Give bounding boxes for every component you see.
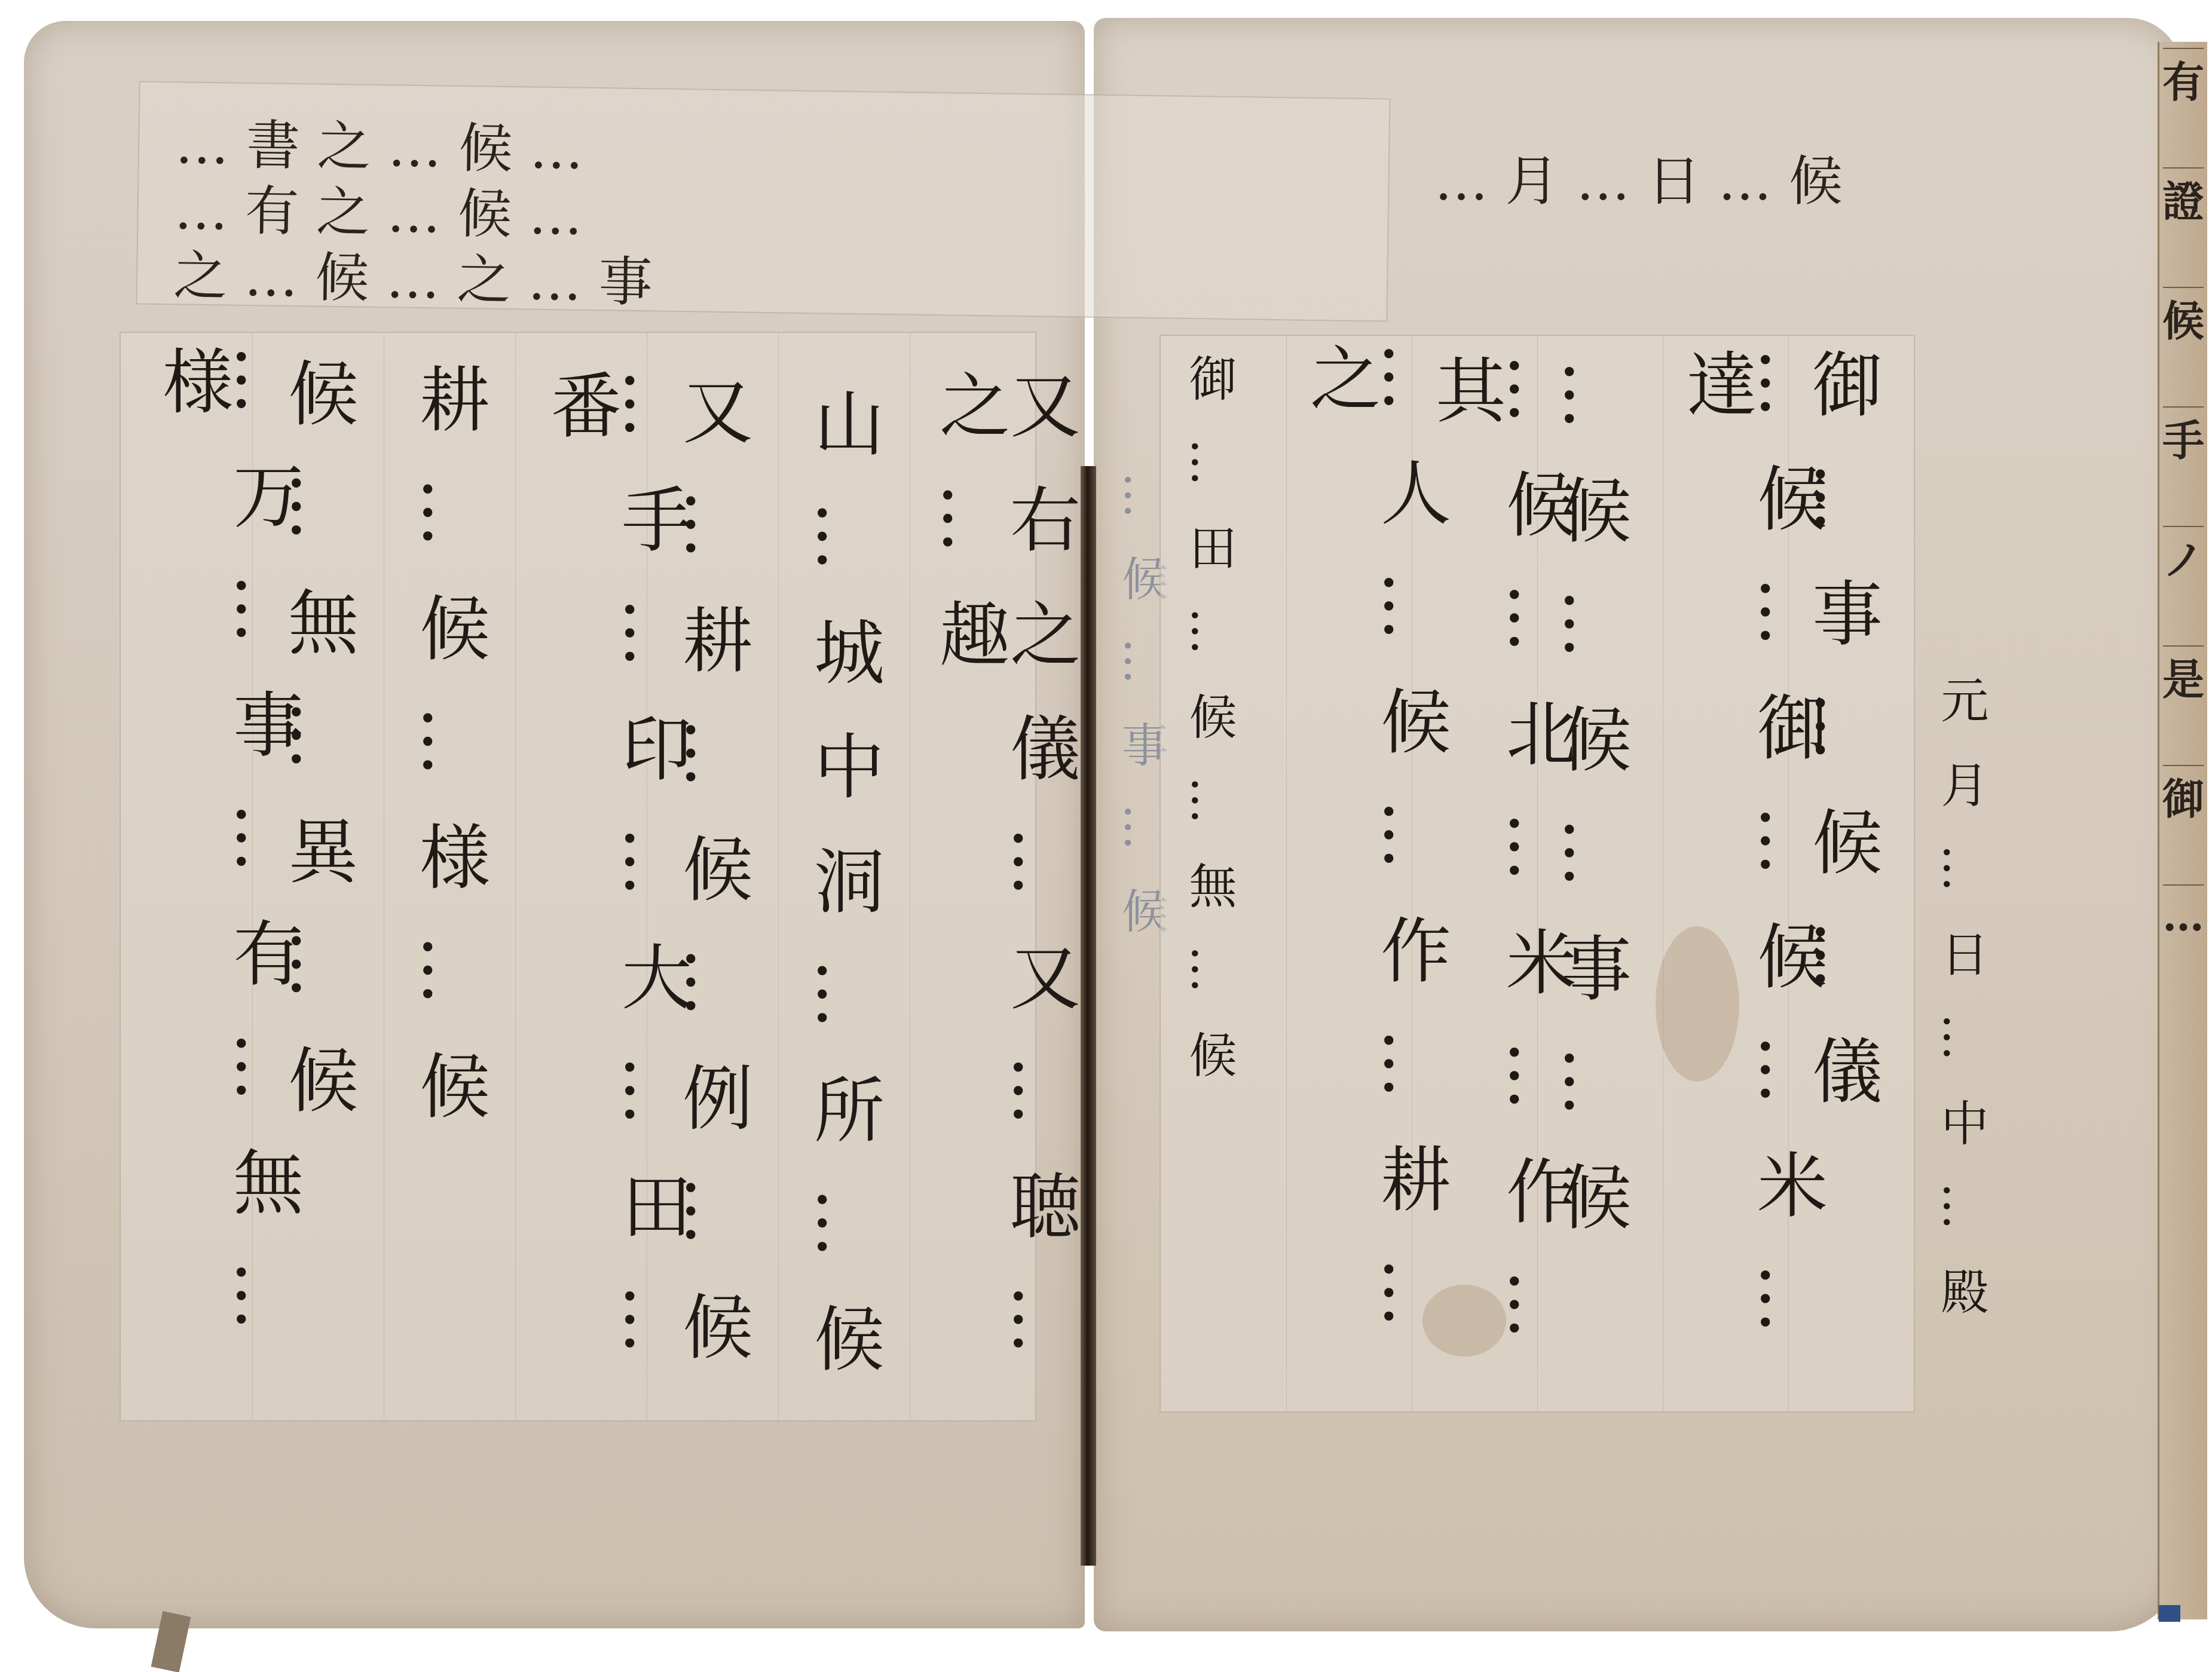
manuscript-spread: 有 證 候 手 ノ 是 御 … … 書 之 … 候 … … 有 之 … 候 … … — [0, 0, 2212, 1672]
paper-tear — [1422, 1285, 1506, 1356]
spine-label: 是 — [2163, 645, 2204, 706]
spine-label: 有 — [2163, 48, 2204, 109]
spine-label: 御 — [2163, 765, 2204, 826]
left-main-sheet: 又 右 之 儀 … 又 … 聴 … 之 … 趣 山 … 城 中 洞 … 所 … … — [120, 332, 1036, 1422]
text-column: … 候 … 御 … 候 … 米 … 達 — [1681, 348, 1822, 1411]
water-stain — [1656, 926, 1739, 1082]
text-column: 耕 … 候 … 様 … 候 — [414, 363, 484, 1131]
right-main-sheet: 御 … 事 … 候 … 儀 … 候 … 御 … 候 … 米 … 達 … 候 … … — [1159, 335, 1915, 1413]
cover-corner-blue — [2159, 1605, 2180, 1622]
spine-label-strip: 有 證 候 手 ノ 是 御 … — [2158, 42, 2207, 1619]
spine-label: ノ — [2163, 526, 2204, 587]
text-column: … 人 … 候 … 作 … 耕 … 之 — [1304, 342, 1445, 1411]
text-column: 山 … 城 中 洞 … 所 … 候 — [808, 387, 879, 1383]
top-sheet-row: 之 … 候 … 之 … 事 — [173, 232, 653, 316]
faint-ink-column: … 候 … 事 … 候 — [1118, 472, 1164, 944]
spine-label: 候 — [2163, 287, 2204, 348]
text-column: 御 … 田 … 候 … 無 … 候 — [1185, 354, 1232, 1088]
spine-label: … — [2163, 884, 2204, 945]
book-gutter — [1081, 466, 1096, 1566]
right-page-header-line: … 月 … 日 … 候 — [1434, 137, 1843, 215]
text-column: 又 右 之 儀 … 又 … 聴 … 之 … 趣 — [934, 369, 1075, 1420]
top-pasted-sheet: … 書 之 … 候 … … 有 之 … 候 … 之 … 候 … 之 … 事 — [136, 81, 1390, 321]
text-column: … 万 … 事 … 有 … 無 … 様 — [157, 345, 298, 1420]
date-column: 元 月 … 日 … 中 … 殿 — [1936, 675, 1984, 1325]
text-column: … 手 … 印 … 大 … 田 … 番 — [545, 369, 686, 1420]
spine-label: 手 — [2163, 406, 2204, 467]
spine-label: 證 — [2163, 167, 2204, 228]
